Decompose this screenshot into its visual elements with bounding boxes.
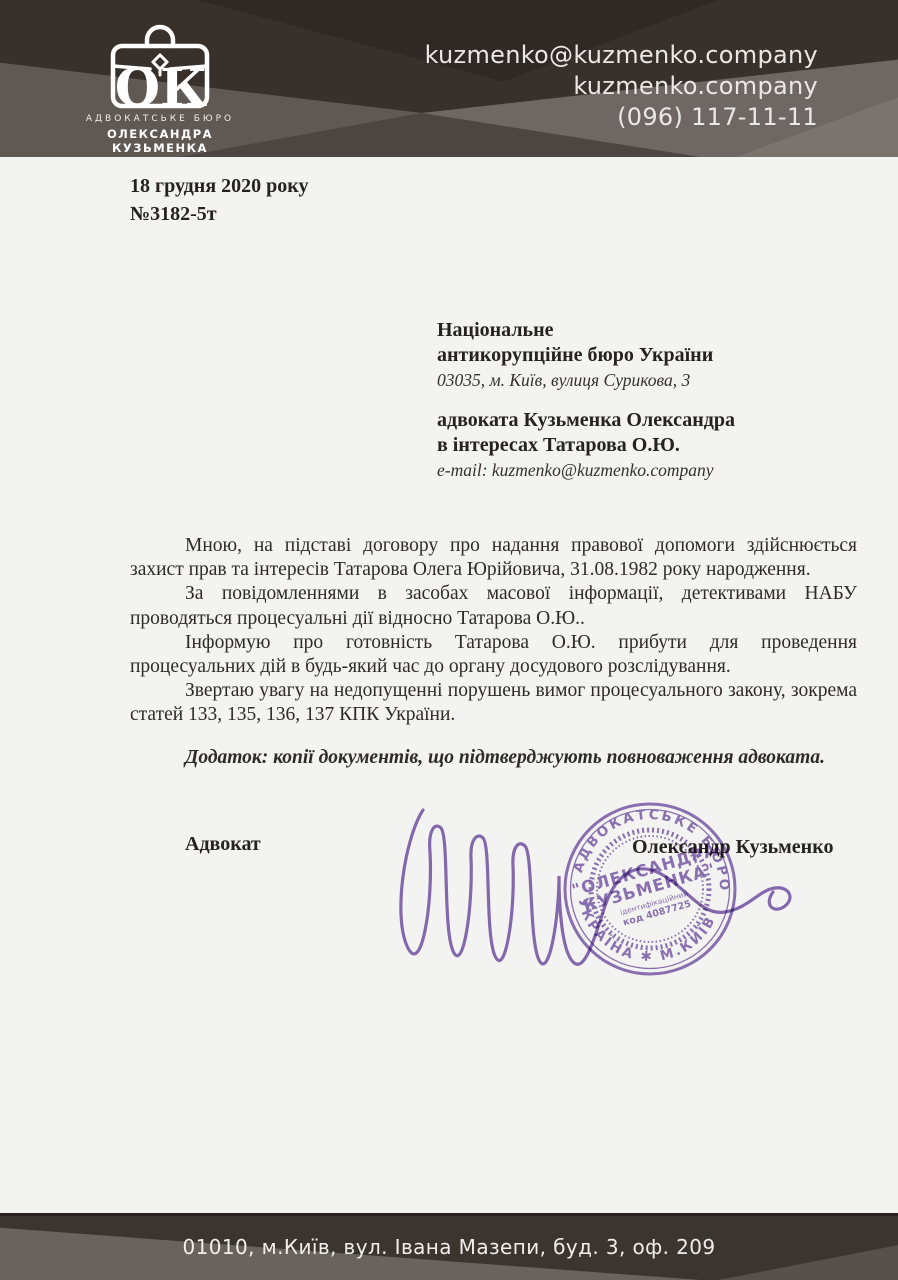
paragraph: Інформую про готовність Татарова О.Ю. пр… [130, 631, 857, 679]
sender-email: e-mail: kuzmenko@kuzmenko.company [437, 458, 735, 483]
footer-top-line [0, 1213, 898, 1216]
notary-round-stamp: АДВОКАТСЬКЕ БЮРО УКРАЇНА ✱ М.КИЇВ "ОЛЕКС… [550, 789, 750, 989]
paragraph: За повідомленнями в засобах масової інфо… [130, 582, 857, 630]
briefcase-logo-icon: ОК [108, 24, 212, 110]
letter-ref-number: №3182-5т [130, 200, 309, 228]
date-block: 18 грудня 2020 року №3182-5т [130, 172, 309, 228]
sender-line1: адвоката Кузьменка Олександра [437, 408, 735, 433]
logo-org-name: ОЛЕКСАНДРА КУЗЬМЕНКА [60, 127, 260, 155]
sender-line2: в інтересах Татарова О.Ю. [437, 433, 735, 458]
letterhead-contacts: kuzmenko@kuzmenko.company kuzmenko.compa… [425, 40, 818, 133]
logo-org-type: АДВОКАТСЬКЕ БЮРО [60, 114, 260, 124]
scanned-letter-page: ОК АДВОКАТСЬКЕ БЮРО ОЛЕКСАНДРА КУЗЬМЕНКА… [0, 0, 898, 1280]
contact-phone: (096) 117-11-11 [425, 102, 818, 133]
spacer [437, 393, 735, 408]
footer: 01010, м.Київ, вул. Івана Мазепи, буд. 3… [0, 1213, 898, 1280]
attachment-note: Додаток: копії документів, що підтверджу… [130, 746, 857, 770]
footer-address: 01010, м.Київ, вул. Івана Мазепи, буд. 3… [0, 1235, 898, 1259]
paragraph: Звертаю увагу на недопущенні порушень ви… [130, 679, 857, 727]
recipient-address: 03035, м. Київ, вулиця Сурикова, 3 [437, 368, 735, 393]
recipient-block: Національне антикорупційне бюро України … [437, 318, 735, 483]
paragraph: Мною, на підставі договору про надання п… [130, 534, 857, 582]
contact-email: kuzmenko@kuzmenko.company [425, 40, 818, 71]
contact-website: kuzmenko.company [425, 71, 818, 102]
letter-body: Мною, на підставі договору про надання п… [130, 534, 857, 770]
briefcase-handle [147, 27, 173, 46]
law-firm-logo: ОК АДВОКАТСЬКЕ БЮРО ОЛЕКСАНДРА КУЗЬМЕНКА [60, 24, 260, 149]
letter-date: 18 грудня 2020 року [130, 172, 309, 200]
letterhead: ОК АДВОКАТСЬКЕ БЮРО ОЛЕКСАНДРА КУЗЬМЕНКА… [0, 0, 898, 157]
logo-monogram: ОК [115, 58, 208, 110]
signer-role: Адвокат [185, 833, 261, 856]
recipient-name-line2: антикорупційне бюро України [437, 343, 735, 368]
recipient-name-line1: Національне [437, 318, 735, 343]
